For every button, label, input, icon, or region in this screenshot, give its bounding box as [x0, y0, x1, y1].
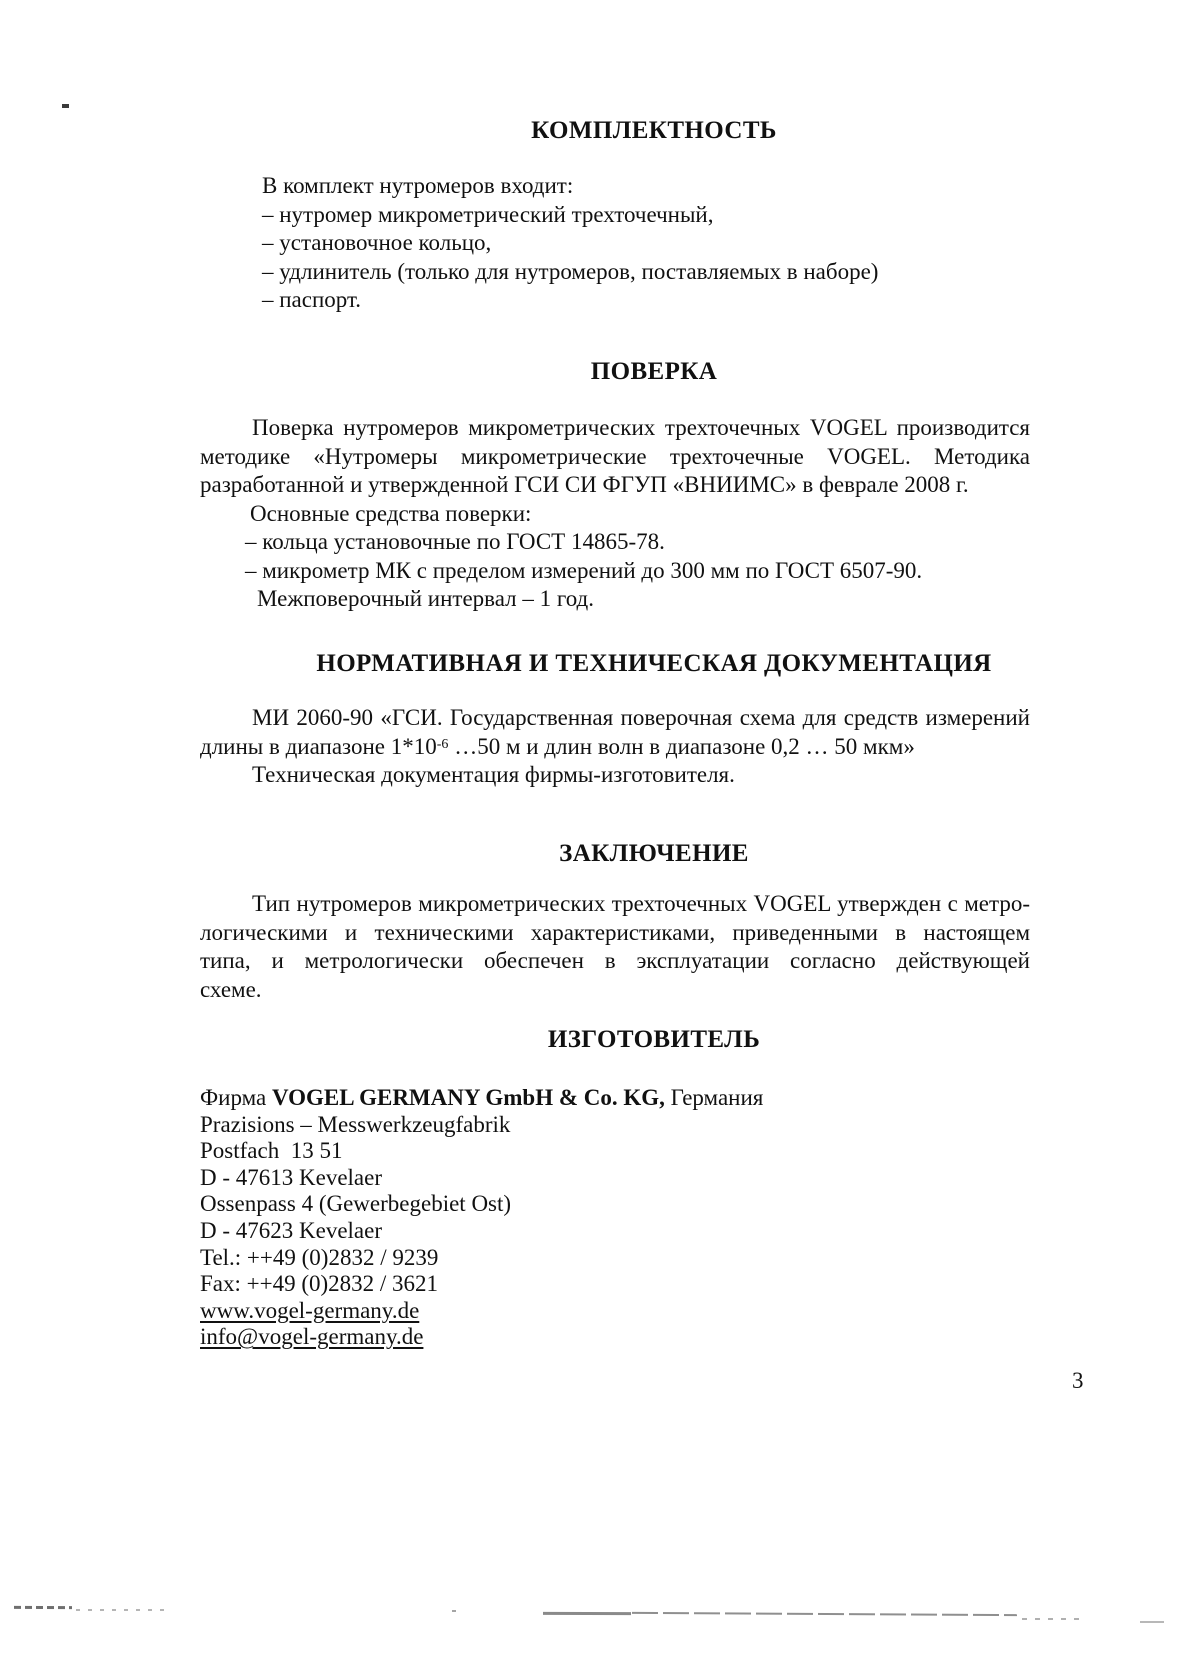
list-item: – паспорт. [200, 286, 1030, 315]
list-item: – кольца установочные по ГОСТ 14865-78. [200, 528, 1030, 557]
komplektnost-list: В комплект нутромеров входит: – нутромер… [200, 172, 1030, 315]
firm-country: Германия [665, 1085, 763, 1110]
fax-line: Fax: ++49 (0)2832 / 3621 [200, 1271, 1030, 1298]
email-link: info@vogel-germany.de [200, 1324, 1030, 1351]
section-title-conclusion: ЗАКЛЮЧЕНИЕ [200, 840, 1030, 868]
page-number: 3 [1072, 1368, 1084, 1394]
section-title-normative: НОРМАТИВНАЯ И ТЕХНИЧЕСКАЯ ДОКУМЕНТАЦИЯ [200, 650, 1030, 678]
normative-body: МИ 2060-90 «ГСИ. Государственная повероч… [200, 704, 1030, 790]
section-title-komplektnost: КОМПЛЕКТНОСТЬ [200, 117, 1030, 145]
conclusion-body: Тип нутромеров микрометрических трехточе… [200, 890, 1030, 1004]
scanned-document-page: { "page": { "number": "3" }, "sections":… [0, 0, 1185, 1663]
website-link: www.vogel-germany.de [200, 1298, 1030, 1325]
scan-artifact [76, 1609, 168, 1611]
section-title-poverka: ПОВЕРКА [200, 358, 1030, 386]
means-intro: Основные средства поверки: [200, 500, 1030, 529]
address-line: D - 47613 Kevelaer [200, 1165, 1030, 1192]
scan-artifact [1140, 1621, 1164, 1623]
range-text-post: …50 м и длин волн в диапазоне 0,2 … 50 м… [448, 734, 914, 759]
paragraph-line: Тип нутромеров микрометрических трехточе… [200, 890, 1030, 919]
list-item: – микрометр МК с пределом измерений до 3… [200, 557, 1030, 586]
manufacturer-firm-line: Фирма VOGEL GERMANY GmbH & Co. KG, Герма… [200, 1085, 1030, 1112]
list-item: – нутромер микрометрический трехточечный… [200, 201, 1030, 230]
section-title-manufacturer: ИЗГОТОВИТЕЛЬ [200, 1026, 1030, 1054]
list-item: – установочное кольцо, [200, 229, 1030, 258]
list-item: – удлинитель (только для нутромеров, пос… [200, 258, 1030, 287]
range-text-pre: длины в диапазоне 1*10 [200, 734, 437, 759]
address-line: Prazisions – Messwerkzeugfabrik [200, 1112, 1030, 1139]
paragraph-line: Поверка нутромеров микрометрических трех… [200, 414, 1030, 443]
poverka-body: Поверка нутромеров микрометрических трех… [200, 414, 1030, 614]
paragraph-line: методике «Нутромеры микрометрические тре… [200, 443, 1030, 472]
scan-artifact [14, 1606, 72, 1609]
scan-artifact [543, 1612, 631, 1615]
paragraph-line: схеме. [200, 976, 1030, 1005]
manufacturer-body: Фирма VOGEL GERMANY GmbH & Co. KG, Герма… [200, 1085, 1030, 1351]
address-line: D - 47623 Kevelaer [200, 1218, 1030, 1245]
scan-artifact [632, 1612, 1017, 1616]
paragraph-line: логическими и техническими характеристик… [200, 919, 1030, 948]
paragraph-line-with-superscript: длины в диапазоне 1*10-6 …50 м и длин во… [200, 733, 1030, 762]
interval-note: Межповерочный интервал – 1 год. [200, 585, 1030, 614]
address-line: Ossenpass 4 (Gewerbegebiet Ost) [200, 1191, 1030, 1218]
paragraph-line: МИ 2060-90 «ГСИ. Государственная повероч… [200, 704, 1030, 733]
exponent: -6 [437, 737, 449, 752]
komplektnost-intro: В комплект нутромеров входит: [200, 172, 1030, 201]
paragraph-line: разработанной и утвержденной ГСИ СИ ФГУП… [200, 471, 1030, 500]
paragraph-line: Техническая документация фирмы-изготовит… [200, 761, 1030, 790]
scan-artifact [1022, 1618, 1080, 1620]
paragraph-line: типа, и метрологически обеспечен в экспл… [200, 947, 1030, 976]
address-line: Postfach 13 51 [200, 1138, 1030, 1165]
phone-line: Tel.: ++49 (0)2832 / 9239 [200, 1245, 1030, 1272]
firm-label: Фирма [200, 1085, 272, 1110]
firm-name: VOGEL GERMANY GmbH & Co. KG, [272, 1085, 665, 1110]
scan-artifact [452, 1610, 456, 1612]
scan-speck [62, 104, 69, 108]
